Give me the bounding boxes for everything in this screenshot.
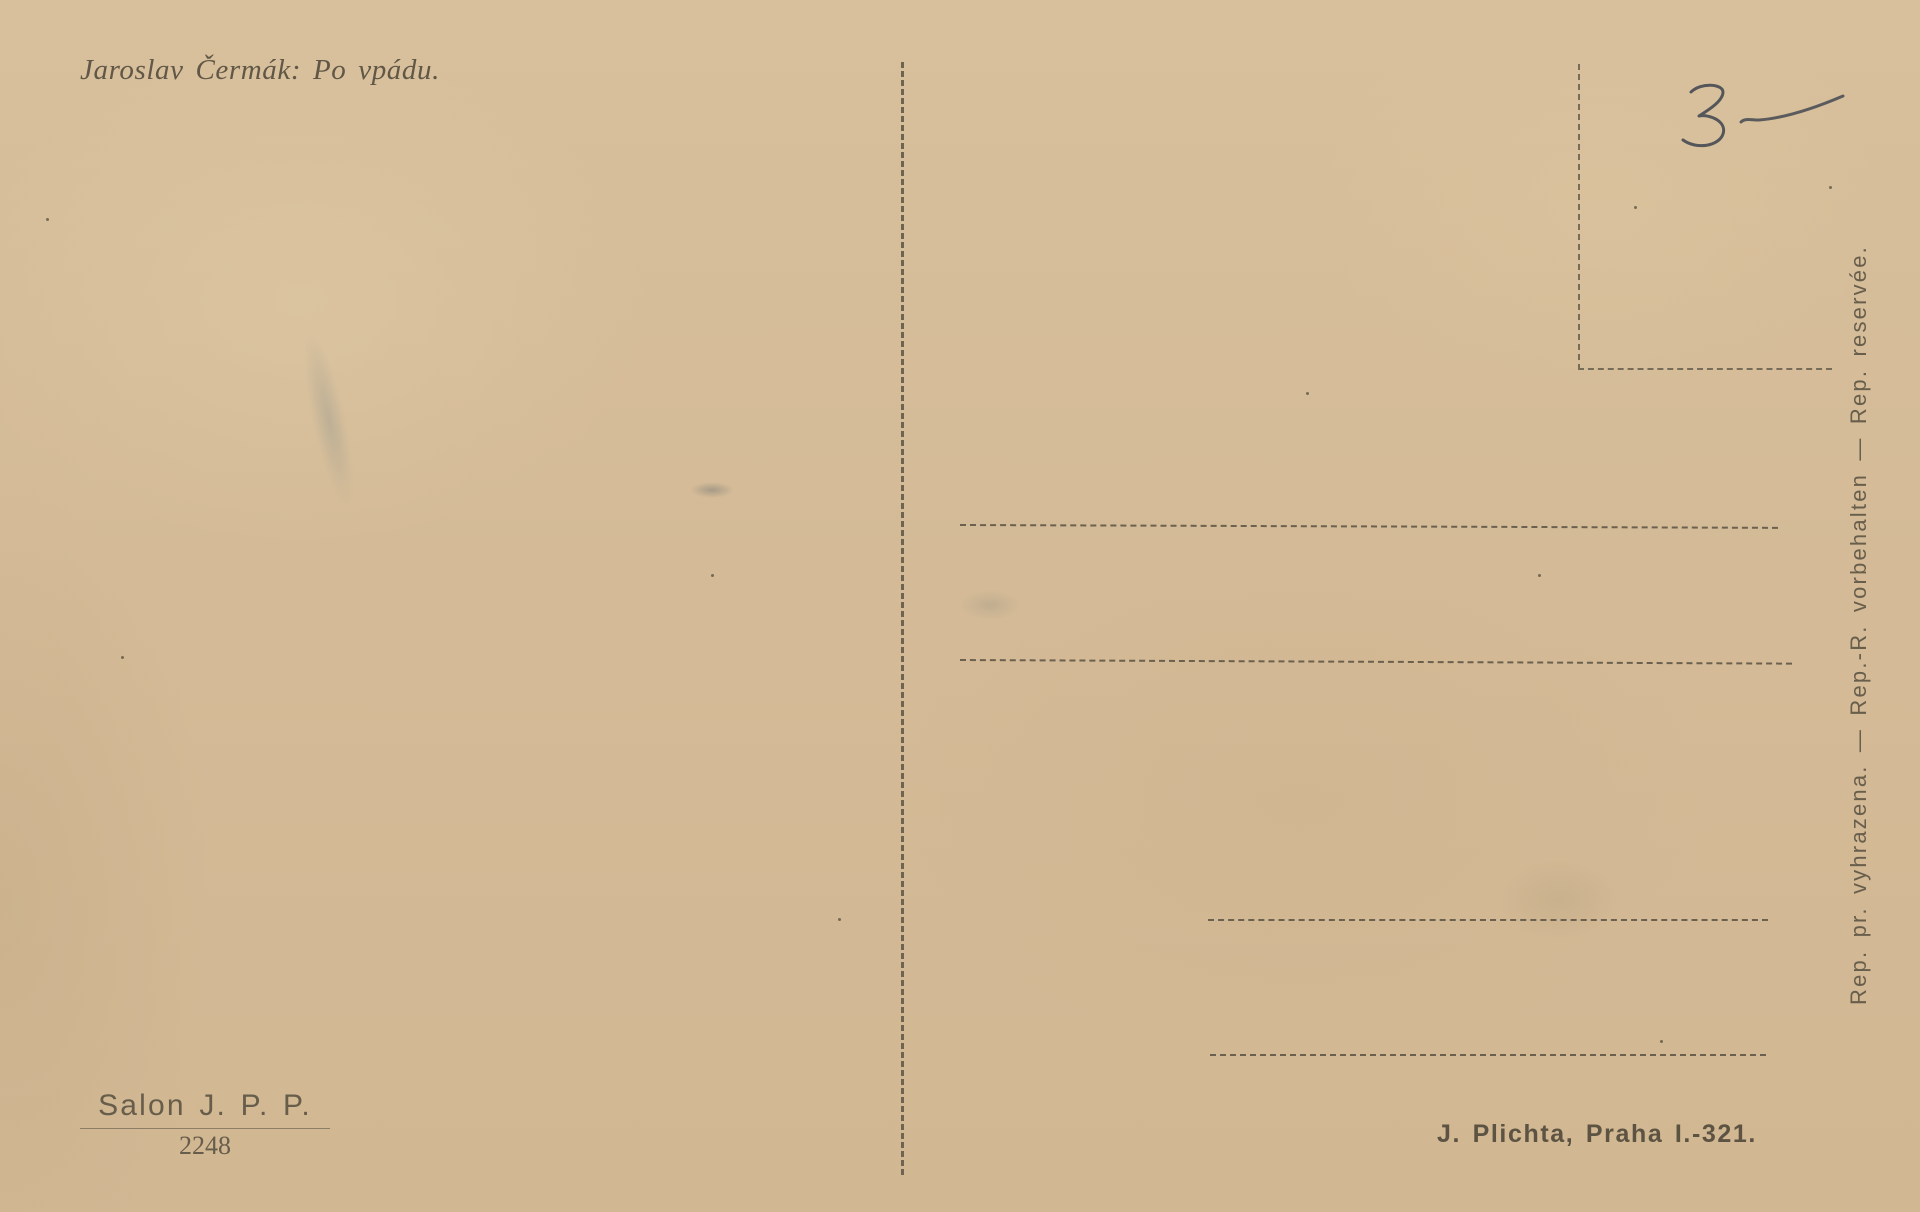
ink-smudge (294, 328, 365, 511)
ink-smudge (690, 482, 734, 498)
paper-speck (1538, 574, 1541, 577)
paper-speck (121, 656, 124, 659)
address-line-2 (960, 659, 1792, 665)
ink-smudge (960, 590, 1020, 620)
publisher-imprint: J. Plichta, Praha I.-321. (1437, 1120, 1757, 1149)
paper-speck (711, 574, 714, 577)
paper-speck (1634, 206, 1637, 209)
address-line-4 (1210, 1054, 1766, 1056)
paper-speck (1660, 1040, 1663, 1043)
address-line-3 (1208, 919, 1768, 921)
postcard-back: Jaroslav Čermák: Po vpádu. Salon J. P. P… (0, 0, 1920, 1212)
artwork-title: Jaroslav Čermák: Po vpádu. (80, 54, 440, 87)
paper-speck (1306, 392, 1309, 395)
paper-speck (46, 218, 49, 221)
handwritten-price-mark (1675, 78, 1855, 158)
stamp-box-bottom-border (1578, 368, 1832, 370)
paper-speck (838, 918, 841, 921)
center-divider (901, 62, 904, 1175)
ink-smudge (1500, 860, 1620, 940)
address-line-1 (960, 524, 1778, 529)
salon-imprint: Salon J. P. P. 2248 (80, 1088, 330, 1161)
salon-name: Salon J. P. P. (80, 1088, 330, 1124)
paper-speck (1829, 186, 1832, 189)
salon-underline (80, 1128, 330, 1129)
salon-number: 2248 (80, 1131, 330, 1161)
reproduction-rights-notice: Rep. pr. vyhrazena. — Rep.-R. vorbehalte… (1846, 245, 1872, 1005)
stamp-box-left-border (1578, 64, 1580, 370)
